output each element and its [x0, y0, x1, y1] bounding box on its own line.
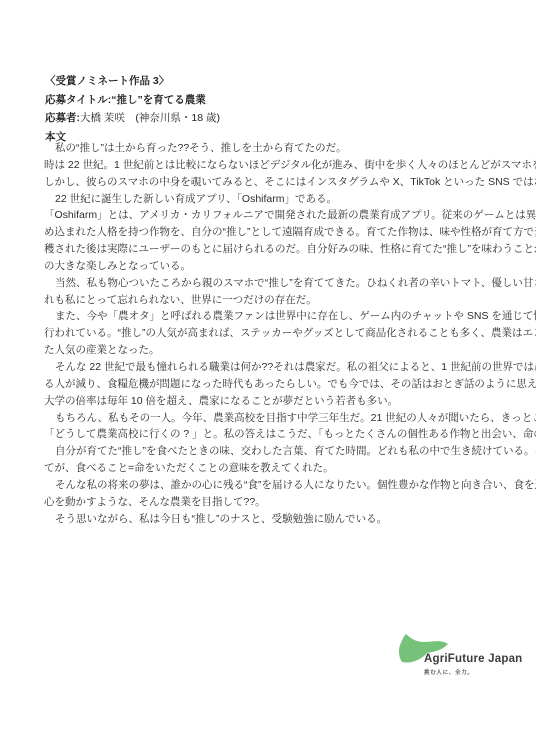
- body-line: 当然、私も物心ついたころから親のスマホで“推し”を育ててきた。ひねくれ者の辛いト…: [44, 275, 510, 292]
- body-line: てが、食べること=命をいただくことの意味を教えてくれた。: [44, 460, 510, 477]
- body-line: 私の“推し”は土から育った??そう、推しを土から育てたのだ。: [44, 140, 510, 157]
- body-line: しかし、彼らのスマホの中身を覗いてみると、そこにはインスタグラムや X、TikT…: [44, 174, 510, 191]
- body-line: そう思いながら、私は今日も“推し”のナスと、受験勉強に励んでいる。: [44, 511, 510, 528]
- body-line: 行われている。“推し”の人気が高まれば、ステッカーやグッズとして商品化されること…: [44, 325, 510, 342]
- agrifuture-logo-name: AgriFuture Japan: [424, 653, 522, 665]
- agrifuture-logo-tagline: 挑む人に、全力。: [424, 668, 474, 676]
- body-line: もちろん、私もその一人。今年、農業高校を目指す中学三年生だ。21 世紀の人々が聞…: [44, 410, 510, 427]
- essay-header: 〈受賞ノミネート作品 3〉 応募タイトル:“推し”を育てる農業 応募者:大橋 茉…: [45, 72, 505, 146]
- body-line: そんな私の将来の夢は、誰かの心に残る“食”を届ける人になりたい。個性豊かな作物と…: [44, 477, 510, 494]
- body-line: 大学の倍率は毎年 10 倍を超え、農家になることが夢だという若者も多い。: [44, 393, 510, 410]
- essay-body: 私の“推し”は土から育った??そう、推しを土から育てたのだ。時は 22 世紀。1…: [44, 140, 510, 527]
- entry-title-label: 応募タイトル:: [45, 94, 111, 106]
- body-line: の大きな楽しみとなっている。: [44, 258, 510, 275]
- applicant-label: 応募者:: [45, 112, 80, 124]
- body-line: る人が減り、食糧危機が問題になった時代もあったらしい。でも今では、その話はおとぎ…: [44, 376, 510, 393]
- body-line: 時は 22 世紀。1 世紀前とは比較にならないほどデジタル化が進み、街中を歩く人…: [44, 157, 510, 174]
- agrifuture-logo: AgriFuture Japan 挑む人に、全力。: [397, 630, 527, 690]
- entry-title-line: 応募タイトル:“推し”を育てる農業: [45, 91, 505, 110]
- body-line: た人気の産業となった。: [44, 342, 510, 359]
- nominee-heading: 〈受賞ノミネート作品 3〉: [45, 72, 505, 91]
- body-line: 自分が育てた“推し”を食べたときの味、交わした言葉、育てた時間。どれも私の中で生…: [44, 443, 510, 460]
- body-line: また、今や「農オタ」と呼ばれる農業ファンは世界中に存在し、ゲーム内のチャットや …: [44, 308, 510, 325]
- body-line: そんな 22 世紀で最も憧れられる職業は何か??それは農家だ。私の祖父によると、…: [44, 359, 510, 376]
- body-line: 「どうして農業高校に行くの ? 」と。私の答えはこうだ、「もっとたくさんの個性あ…: [44, 426, 510, 443]
- body-line: 22 世紀に誕生した新しい育成アプリ、「Oshifarm」である。: [44, 191, 510, 208]
- body-line: れも私にとって忘れられない、世界に一つだけの存在だ。: [44, 292, 510, 309]
- body-line: め込まれた人格を持つ作物を、自分の“推し”として遠隔育成できる。育てた作物は、味…: [44, 224, 510, 241]
- body-line: 「Oshifarm」とは、アメリカ・カリフォルニアで開発された最新の農業育成アプ…: [44, 207, 510, 224]
- applicant-value: 大橋 茉咲 (神奈川県・18 歳): [80, 112, 220, 124]
- body-line: 心を動かすような、そんな農業を目指して??。: [44, 494, 510, 511]
- document-page: 〈受賞ノミネート作品 3〉 応募タイトル:“推し”を育てる農業 応募者:大橋 茉…: [0, 0, 536, 751]
- applicant-line: 応募者:大橋 茉咲 (神奈川県・18 歳): [45, 109, 505, 128]
- entry-title-value: “推し”を育てる農業: [111, 94, 206, 106]
- body-line: 穫された後は実際にユーザーのもとに届けられるのだ。自分好みの味、性格に育てた“推…: [44, 241, 510, 258]
